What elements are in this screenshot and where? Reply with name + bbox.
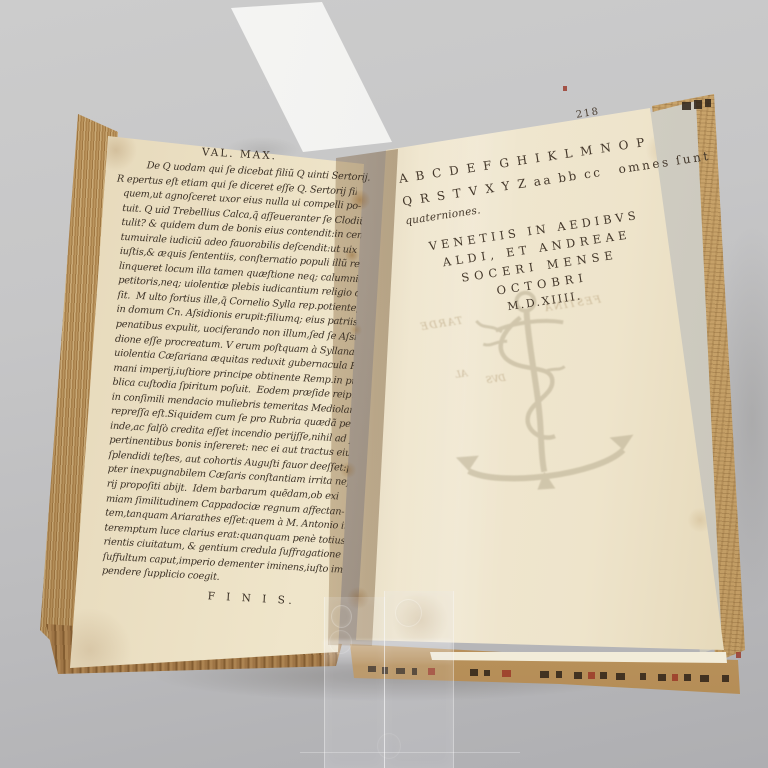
- left-page-text-block: VAL. MAX. De Q uodam qui ſe dicebat fili…: [101, 142, 366, 610]
- embossed-stamp-icon: [377, 733, 401, 759]
- embossed-stamp-icon: [331, 605, 352, 628]
- acrylic-strip-edge: [300, 752, 520, 753]
- embossed-stamp-icon: [395, 599, 422, 627]
- photograph-of-open-book: FESTINA TARDE AL DVS VAL. MAX. De Q uoda…: [0, 0, 768, 768]
- showthrough-text-al: AL: [454, 369, 468, 381]
- embossed-stamp-icon: [329, 630, 352, 654]
